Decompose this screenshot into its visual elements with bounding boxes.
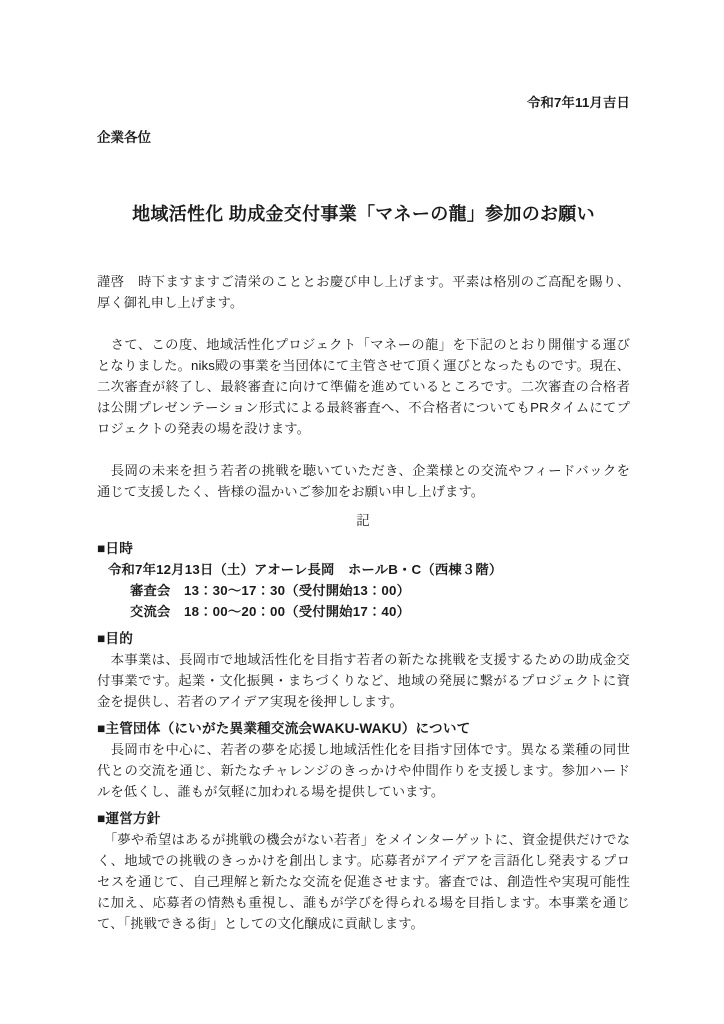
section-purpose-heading: ■目的 (97, 628, 630, 649)
section-purpose: ■目的 本事業は、長岡市で地域活性化を目指す若者の新たな挑戦を支援するための助成… (97, 628, 630, 712)
networking-session-line: 交流会 18：00～20：00（受付開始17：40） (97, 601, 630, 622)
ki-marker: 記 (97, 510, 630, 531)
recipient-line: 企業各位 (97, 127, 630, 148)
section-organizer-heading: ■主管団体（にいがた異業種交流会WAKU-WAKU）について (97, 718, 630, 739)
section-organizer-body: 長岡市を中心に、若者の夢を応援し地域活性化を目指す団体です。異なる業種の同世代と… (97, 739, 630, 802)
participation-request-paragraph: 長岡の未来を担う若者の挑戦を聴いていただき、企業様との交流やフィードバックを通じ… (97, 460, 630, 502)
date-line: 令和7年11月吉日 (97, 92, 630, 113)
section-policy-body: 「夢や希望はあるが挑戦の機会がない若者」をメインターゲットに、資金提供だけでなく… (97, 829, 630, 934)
section-datetime-heading: ■日時 (97, 538, 630, 559)
judging-session-line: 審査会 13：30～17：30（受付開始13：00） (97, 580, 630, 601)
section-organizer: ■主管団体（にいがた異業種交流会WAKU-WAKU）について 長岡市を中心に、若… (97, 718, 630, 802)
section-purpose-body: 本事業は、長岡市で地域活性化を目指す若者の新たな挑戦を支援するための助成金交付事… (97, 649, 630, 712)
section-policy: ■運営方針 「夢や希望はあるが挑戦の機会がない若者」をメインターゲットに、資金提… (97, 808, 630, 934)
event-announcement-paragraph: さて、この度、地域活性化プロジェクト「マネーの龍」を下記のとおり開催する運びとな… (97, 334, 630, 439)
letter-page: 令和7年11月吉日 企業各位 地域活性化 助成金交付事業「マネーの龍」参加のお願… (0, 0, 724, 1024)
greeting-paragraph: 謹啓 時下ますますご清栄のこととお慶び申し上げます。平素は格別のご高配を賜り、厚… (97, 271, 630, 313)
document-title: 地域活性化 助成金交付事業「マネーの龍」参加のお願い (97, 201, 630, 227)
event-date-venue-line: 令和7年12月13日（土）アオーレ長岡 ホールB・C（西棟３階） (97, 559, 630, 580)
section-policy-heading: ■運営方針 (97, 808, 630, 829)
section-datetime: ■日時 令和7年12月13日（土）アオーレ長岡 ホールB・C（西棟３階） 審査会… (97, 538, 630, 622)
